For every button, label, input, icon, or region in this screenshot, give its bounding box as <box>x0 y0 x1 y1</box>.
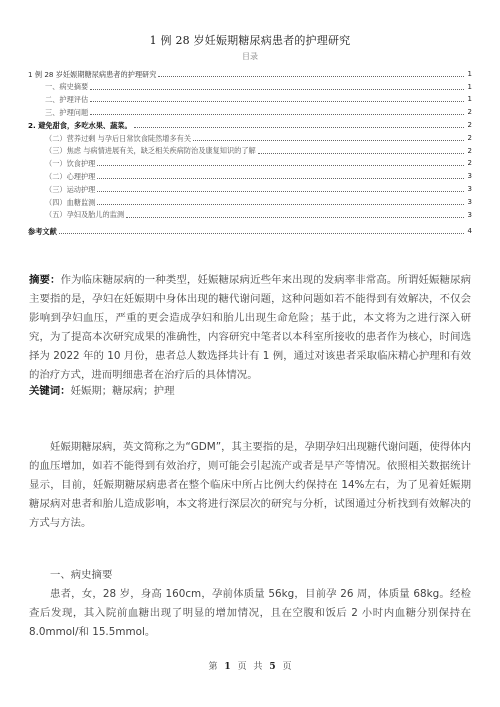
toc-leader-dots <box>97 191 464 192</box>
toc-entry-page: 2 <box>466 148 472 155</box>
abstract-text: 作为临床糖尿病的一种类型，妊娠糖尿病近些年来出现的发病率非常高。所谓妊娠糖尿病主… <box>29 274 471 381</box>
toc-entry-label: （三）运动护理 <box>45 186 95 193</box>
keywords: 关键词：妊娠期；糖尿病；护理 <box>29 382 471 401</box>
toc-entry-label: （二）心理护理 <box>45 173 95 180</box>
toc-entry-page: 3 <box>466 186 472 193</box>
document-page: 1 例 28 岁妊娠期糖尿病患者的护理研究 目录 1 例 28 岁妊娠期糖尿病患… <box>0 0 500 707</box>
toc-entry[interactable]: （二）心理护理3 <box>28 167 472 180</box>
toc-entry-page: 3 <box>466 212 472 219</box>
toc-entry[interactable]: 2. 避免甜食，多吃水果、蔬菜。2 <box>28 116 472 129</box>
toc-leader-dots <box>90 89 464 90</box>
toc-entry-page: 1 <box>466 71 472 78</box>
toc-entry-page: 1 <box>466 96 472 103</box>
toc-entry-label: （三）焦虑 与病情进展有关，缺乏相关疾病防治及康复知识的了解 <box>45 147 256 154</box>
toc-entry[interactable]: 1 例 28 岁妊娠期糖尿病患者的护理研究1 <box>28 65 472 78</box>
toc-entry[interactable]: （五）孕妇及胎儿的监测3 <box>28 206 472 219</box>
abstract-label: 摘要： <box>29 274 61 286</box>
footer-prefix: 第 <box>209 662 218 672</box>
keywords-label: 关键词： <box>29 385 71 397</box>
footer-current-page: 1 <box>224 662 230 672</box>
toc-entry-label: 三、护理问题 <box>45 109 88 116</box>
toc-entry-page: 2 <box>466 160 472 167</box>
toc-entry[interactable]: （一）饮食护理2 <box>28 155 472 168</box>
toc-leader-dots <box>59 233 464 234</box>
toc-leader-dots <box>126 217 464 218</box>
toc-entry-label: （一）饮食护理 <box>45 160 95 167</box>
table-of-contents: 1 例 28 岁妊娠期糖尿病患者的护理研究1一、病史摘要1二、护理评估1三、护理… <box>28 65 472 235</box>
toc-leader-dots <box>134 127 464 128</box>
toc-entry[interactable]: 二、护理评估1 <box>28 91 472 104</box>
section-body-medical-history: 患者，女，28 岁，身高 160cm，孕前体质量 56kg，目前孕 26 周，体… <box>29 585 471 642</box>
toc-leader-dots <box>97 178 464 179</box>
toc-heading: 目录 <box>0 51 500 62</box>
toc-entry[interactable]: 一、病史摘要1 <box>28 78 472 91</box>
toc-leader-dots <box>90 101 464 102</box>
toc-entry-label: 二、护理评估 <box>45 96 88 103</box>
toc-entry-page: 2 <box>466 135 472 142</box>
toc-entry-label: 一、病史摘要 <box>45 83 88 90</box>
toc-leader-dots <box>193 140 464 141</box>
toc-leader-dots <box>97 165 464 166</box>
toc-entry[interactable]: （二）营养过剩 与孕后日常饮食陡然增多有关2 <box>28 129 472 142</box>
document-title: 1 例 28 岁妊娠期糖尿病患者的护理研究 <box>0 32 500 48</box>
toc-entry-label: （四）血糖监测 <box>45 199 95 206</box>
toc-entry[interactable]: （三）运动护理3 <box>28 180 472 193</box>
toc-entry-page: 3 <box>466 173 472 180</box>
footer-total-pages: 5 <box>269 662 275 672</box>
abstract: 摘要：作为临床糖尿病的一种类型，妊娠糖尿病近些年来出现的发病率非常高。所谓妊娠糖… <box>29 271 471 385</box>
toc-entry[interactable]: 三、护理问题2 <box>28 103 472 116</box>
toc-entry-label: （五）孕妇及胎儿的监测 <box>45 211 124 218</box>
toc-entry-label: 1 例 28 岁妊娠期糖尿病患者的护理研究 <box>28 71 156 78</box>
toc-entry[interactable]: （四）血糖监测3 <box>28 193 472 206</box>
toc-entry-page: 3 <box>466 199 472 206</box>
toc-leader-dots <box>258 153 464 154</box>
toc-entry-label: （二）营养过剩 与孕后日常饮食陡然增多有关 <box>45 135 191 142</box>
toc-entry-page: 4 <box>466 228 472 235</box>
toc-entry-page: 2 <box>466 122 472 129</box>
toc-leader-dots <box>90 114 464 115</box>
toc-leader-dots <box>158 76 464 77</box>
toc-entry[interactable]: （三）焦虑 与病情进展有关，缺乏相关疾病防治及康复知识的了解2 <box>28 142 472 155</box>
toc-entry-label: 2. 避免甜食，多吃水果、蔬菜。 <box>28 122 132 129</box>
toc-leader-dots <box>97 204 464 205</box>
section-heading-medical-history: 一、病史摘要 <box>50 566 470 585</box>
footer-suffix: 页 <box>282 662 291 672</box>
toc-entry-page: 2 <box>466 109 472 116</box>
keywords-text: 妊娠期；糖尿病；护理 <box>71 385 175 397</box>
footer-middle: 页 共 <box>238 662 263 672</box>
toc-entry-page: 1 <box>466 84 472 91</box>
intro-paragraph: 妊娠期糖尿病，英文简称之为“GDM”，其主要指的是，孕期孕妇出现糖代谢问题，使得… <box>29 438 471 533</box>
page-footer: 第 1 页 共 5 页 <box>0 659 500 672</box>
toc-entry[interactable]: 参考文献4 <box>28 223 472 236</box>
toc-entry-label: 参考文献 <box>28 228 57 235</box>
